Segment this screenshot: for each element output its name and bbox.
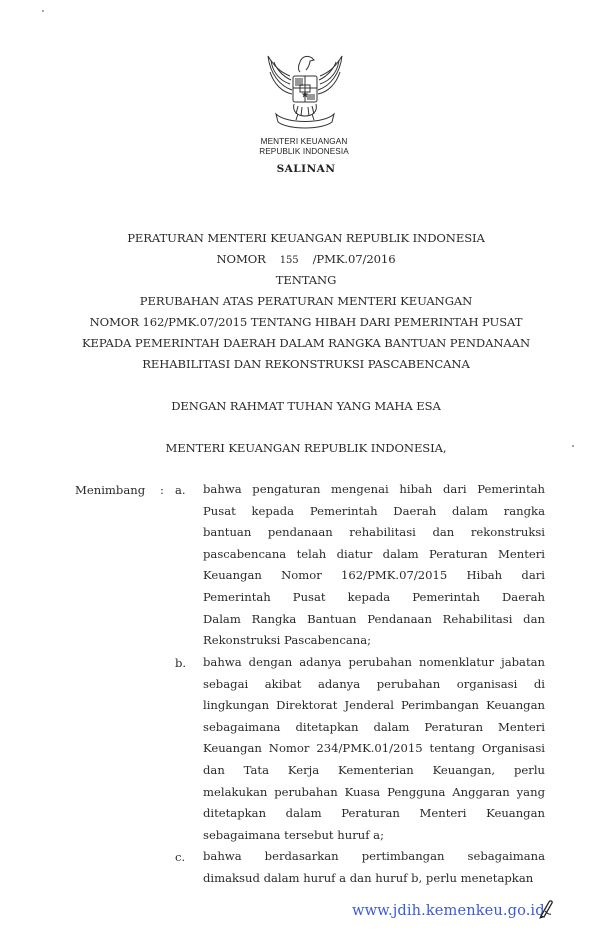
text-line: bahwa pengaturan mengenai hibah dari Pem… <box>203 479 545 501</box>
ministry-title-line1: MENTERI KEUANGAN <box>0 137 610 147</box>
menimbang-label: Menimbang <box>75 483 145 497</box>
text-line: bahwa berdasarkan pertimbangan sebagaima… <box>203 846 545 868</box>
text-line: dimaksud dalam huruf a dan huruf b, perl… <box>203 868 545 890</box>
invocation: DENGAN RAHMAT TUHAN YANG MAHA ESA <box>0 399 612 413</box>
scan-speck <box>42 10 44 12</box>
menimbang-colon: : <box>160 483 164 497</box>
nomor-suffix: /PMK.07/2016 <box>313 252 396 266</box>
text-line: melakukan perubahan Kuasa Pengguna Angga… <box>203 782 545 804</box>
consideration-a: bahwa pengaturan mengenai hibah dari Pem… <box>203 479 545 652</box>
text-line: Pemerintah Pusat kepada Pemerintah Daera… <box>203 587 545 609</box>
footer-url-link[interactable]: www.jdih.kemenkeu.go.id <box>352 902 545 919</box>
subject-line: NOMOR 162/PMK.07/2015 TENTANG HIBAH DARI… <box>0 315 612 329</box>
garuda-emblem-icon <box>262 50 348 134</box>
copy-label: SALINAN <box>0 163 612 175</box>
text-line: pascabencana telah diatur dalam Peratura… <box>203 544 545 566</box>
regulation-title: PERATURAN MENTERI KEUANGAN REPUBLIK INDO… <box>0 231 612 245</box>
text-line: Pusat kepada Pemerintah Daerah dalam ran… <box>203 501 545 523</box>
item-marker-b: b. <box>175 656 186 670</box>
text-line: Rekonstruksi Pascabencana; <box>203 630 545 652</box>
text-line: Dalam Rangka Bantuan Pendanaan Rehabilit… <box>203 609 545 631</box>
tentang-label: TENTANG <box>0 273 612 287</box>
text-line: sebagaimana tersebut huruf a; <box>203 825 545 847</box>
subject-line: REHABILITASI DAN REKONSTRUKSI PASCABENCA… <box>0 357 612 371</box>
item-marker-c: c. <box>175 850 185 864</box>
subject-line: KEPADA PEMERINTAH DAERAH DALAM RANGKA BA… <box>0 336 612 350</box>
nomor-number: 155 <box>280 255 299 266</box>
nomor-prefix: NOMOR <box>217 252 266 266</box>
consideration-c: bahwa berdasarkan pertimbangan sebagaima… <box>203 846 545 889</box>
ministry-title-line2: REPUBLIK INDONESIA <box>0 147 610 157</box>
text-line: bantuan pendanaan rehabilitasi dan rekon… <box>203 522 545 544</box>
regulation-number: NOMOR155/PMK.07/2016 <box>0 252 612 266</box>
text-line: sebagaimana ditetapkan dalam Peraturan M… <box>203 717 545 739</box>
consideration-b: bahwa dengan adanya perubahan nomenklatu… <box>203 652 545 846</box>
pen-icon <box>537 899 555 919</box>
text-line: ditetapkan dalam Peraturan Menteri Keuan… <box>203 803 545 825</box>
text-line: bahwa dengan adanya perubahan nomenklatu… <box>203 652 545 674</box>
text-line: sebagai akibat adanya perubahan organisa… <box>203 674 545 696</box>
text-line: Keuangan Nomor 162/PMK.07/2015 Hibah dar… <box>203 565 545 587</box>
issuer: MENTERI KEUANGAN REPUBLIK INDONESIA, <box>0 441 612 455</box>
text-line: lingkungan Direktorat Jenderal Perimbang… <box>203 695 545 717</box>
text-line: Keuangan Nomor 234/PMK.01/2015 tentang O… <box>203 738 545 760</box>
subject-line: PERUBAHAN ATAS PERATURAN MENTERI KEUANGA… <box>0 294 612 308</box>
item-marker-a: a. <box>175 483 186 497</box>
text-line: dan Tata Kerja Kementerian Keuangan, per… <box>203 760 545 782</box>
